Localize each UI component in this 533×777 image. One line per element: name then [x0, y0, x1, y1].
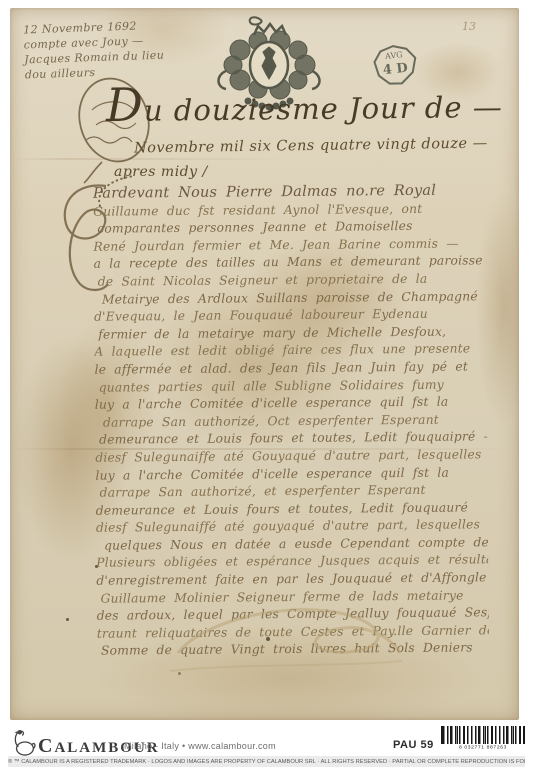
manuscript-line: Pardevant Nous Pierre Dalmas no.re Royal [93, 182, 485, 203]
ink-speck [66, 618, 69, 621]
brand-initial: C [38, 735, 54, 757]
manuscript-line: luy a l'arche Comitée d'icelle esperance… [95, 464, 487, 485]
product-code: PAU 59 [393, 739, 434, 751]
barcode-bars-icon [441, 726, 525, 744]
legal-notice-text: ® ™ CALAMBOUR IS A REGISTERED TRADEMARK … [8, 756, 525, 767]
tax-stamp-top-text: AVG [384, 50, 403, 61]
ghost-flourish-icon [160, 583, 410, 678]
document-heading: Du douziesme Jour de — [106, 90, 503, 128]
folio-number: 13 [462, 20, 476, 33]
document-heading-line3: apres midy / [114, 164, 208, 180]
calambour-bird-logo-icon [10, 726, 38, 758]
product-scan-page: 12 Novembre 1692compte avec Jouy —Jacque… [0, 0, 533, 777]
heading-text: u douziesme Jour de — [144, 90, 503, 128]
legal-strip: ® ™ CALAMBOUR IS A REGISTERED TRADEMARK … [8, 756, 525, 767]
barcode: 8 032771 887263 [441, 726, 525, 753]
heading-initial: D [106, 78, 144, 132]
brand-tagline: Milano - Italy • www.calambour.com [124, 741, 276, 751]
parchment-sheet: 12 Novembre 1692compte avec Jouy —Jacque… [10, 8, 519, 720]
document-heading-line2: Novembre mil six Cens quatre vingt douze… [134, 136, 488, 157]
barcode-digits: 8 032771 887263 [457, 744, 509, 750]
footer-band: CALAMBOUR Milano - Italy • www.calambour… [0, 720, 533, 777]
manuscript-line: Metairye des Ardloux Suillans paroisse d… [102, 288, 486, 309]
tax-stamp-icon: AVG 4 D [370, 44, 420, 88]
tax-stamp-value-text: 4 D [382, 61, 408, 79]
